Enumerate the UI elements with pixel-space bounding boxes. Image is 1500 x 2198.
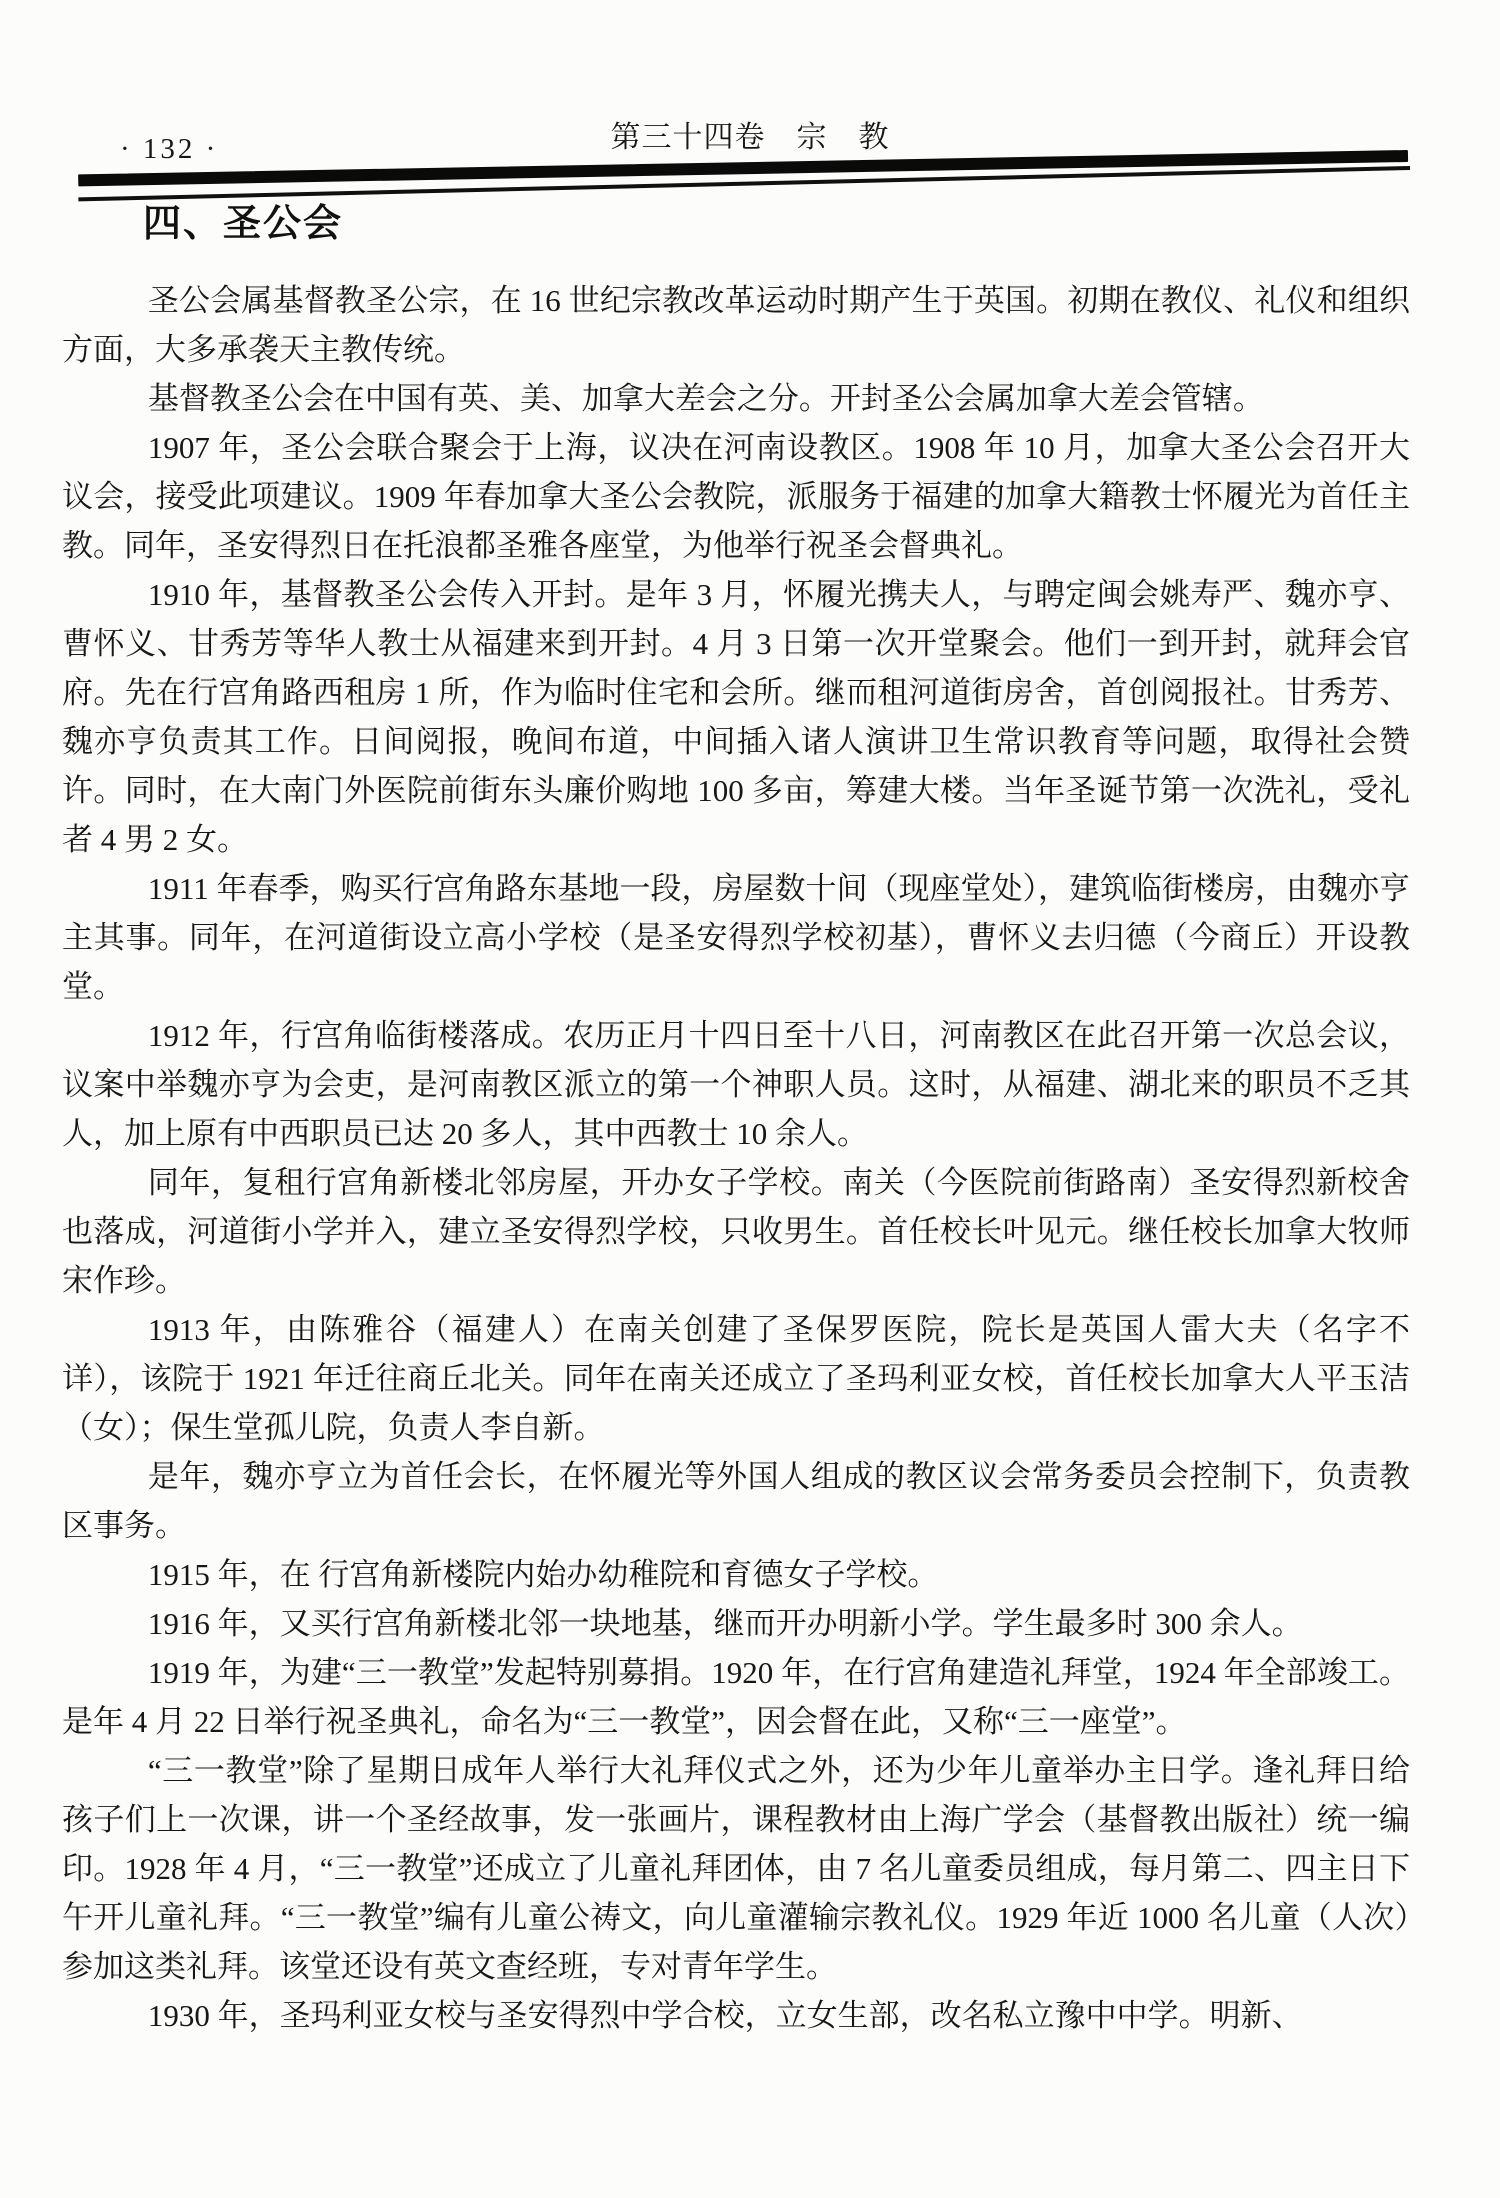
paragraph: 同年，复租行宫角新楼北邻房屋，开办女子学校。南关（今医院前街路南）圣安得烈新校舍… (62, 1158, 1410, 1305)
paragraph: 1907 年，圣公会联合聚会于上海，议决在河南设教区。1908 年 10 月，加… (62, 423, 1410, 570)
paragraph: 圣公会属基督教圣公宗，在 16 世纪宗教改革运动时期产生于英国。初期在教仪、礼仪… (62, 276, 1410, 374)
paragraph: “三一教堂”除了星期日成年人举行大礼拜仪式之外，还为少年儿童举办主日学。逢礼拜日… (62, 1746, 1410, 1991)
paragraph: 1910 年，基督教圣公会传入开封。是年 3 月，怀履光携夫人，与聘定闽会姚寿严… (62, 570, 1410, 864)
paragraph: 是年，魏亦亨立为首任会长，在怀履光等外国人组成的教区议会常务委员会控制下，负责教… (62, 1452, 1410, 1550)
paragraph: 1919 年，为建“三一教堂”发起特别募捐。1920 年，在行宫角建造礼拜堂，1… (62, 1648, 1410, 1746)
body-text: 圣公会属基督教圣公宗，在 16 世纪宗教改革运动时期产生于英国。初期在教仪、礼仪… (62, 276, 1410, 2040)
paragraph: 1930 年，圣玛利亚女校与圣安得烈中学合校，立女生部，改名私立豫中中学。明新、 (62, 1991, 1410, 2040)
running-header-title: 第三十四卷 宗 教 (0, 112, 1500, 156)
section-title: 四、圣公会 (143, 192, 343, 247)
paragraph: 1912 年，行宫角临街楼落成。农历正月十四日至十八日，河南教区在此召开第一次总… (62, 1011, 1410, 1158)
paragraph: 1916 年，又买行宫角新楼北邻一块地基，继而开办明新小学。学生最多时 300 … (62, 1599, 1410, 1648)
paragraph: 基督教圣公会在中国有英、美、加拿大差会之分。开封圣公会属加拿大差会管辖。 (62, 374, 1410, 423)
book-page: · 132 · 第三十四卷 宗 教 四、圣公会 圣公会属基督教圣公宗，在 16 … (0, 0, 1500, 2198)
paragraph: 1915 年，在 行宫角新楼院内始办幼稚院和育德女子学校。 (62, 1550, 1410, 1599)
paragraph: 1913 年，由陈雅谷（福建人）在南关创建了圣保罗医院，院长是英国人雷大夫（名字… (62, 1305, 1410, 1452)
paragraph: 1911 年春季，购买行宫角路东基地一段，房屋数十间（现座堂处），建筑临街楼房，… (62, 864, 1410, 1011)
